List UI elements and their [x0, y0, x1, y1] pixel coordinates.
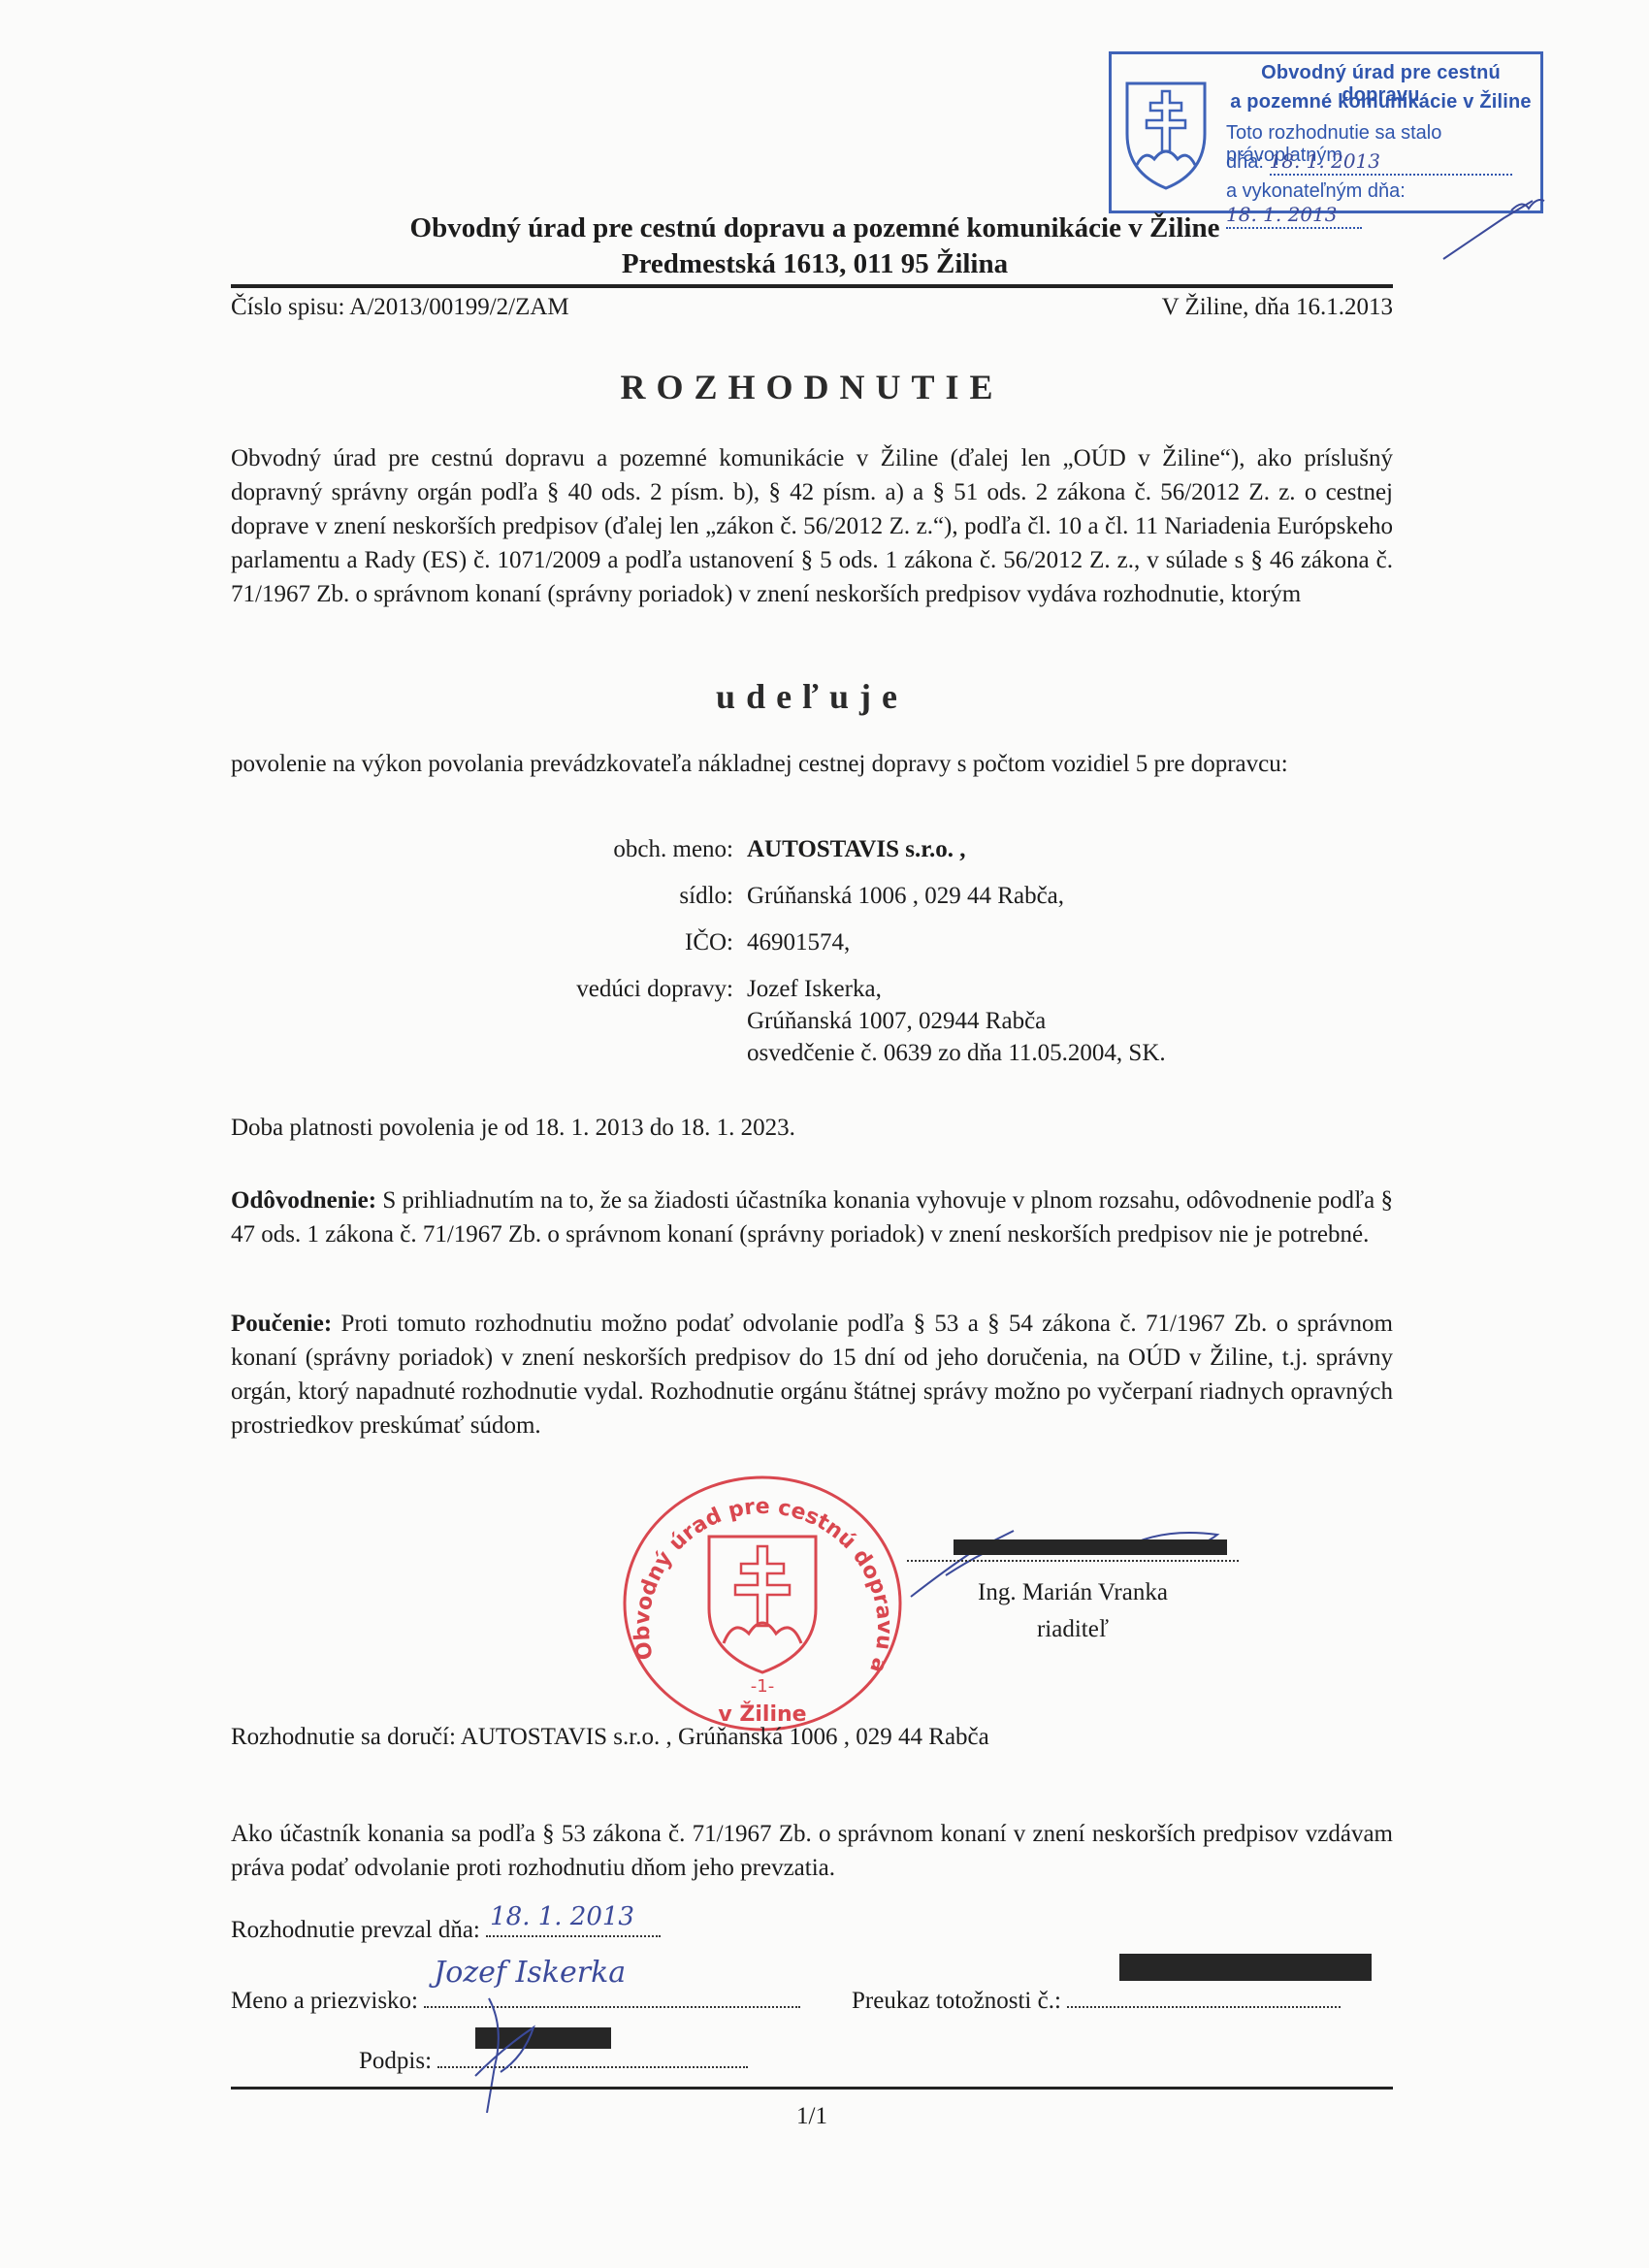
stamp-enforce-date-label: a vykonateľným dňa: — [1226, 180, 1406, 202]
document-page: Obvodný úrad pre cestnú dopravu a pozemn… — [0, 0, 1649, 2268]
field-value: Grúňanská 1007, 02944 Rabča — [747, 1008, 1046, 1035]
waiver-paragraph: Ako účastník konania sa podľa § 53 zákon… — [231, 1817, 1393, 1885]
recipient-signature-icon — [466, 1989, 563, 2115]
field-value: osvedčenie č. 0639 zo dňa 11.05.2004, SK… — [747, 1040, 1166, 1067]
field-seat: sídlo: Grúňanská 1006 , 029 44 Rabča, — [231, 883, 1393, 914]
field-label: vedúci dopravy: — [576, 976, 733, 1003]
stamp-legal-date-label: dňa: — [1226, 151, 1264, 173]
validity-paragraph: Doba platnosti povolenia je od 18. 1. 20… — [231, 1111, 1393, 1145]
grant-paragraph: povolenie na výkon povolania prevádzkova… — [231, 747, 1393, 781]
stamp-legal-date-value: 18. 1. 2013 — [1270, 149, 1381, 173]
official-round-stamp: Obvodný úrad pre cestnú dopravu a pozemn… — [617, 1473, 908, 1734]
field-transport-manager: vedúci dopravy: Jozef Iskerka, — [231, 976, 1393, 1007]
stamp-number: -1- — [751, 1676, 774, 1697]
redacted-id-number — [1119, 1954, 1372, 1981]
received-date-row: Rozhodnutie prevzal dňa: 18. 1. 2013 — [231, 1916, 661, 1944]
justification-label: Odôvodnenie: — [231, 1187, 376, 1214]
stamp-initials-scribble-icon — [1436, 179, 1552, 267]
field-manager-certificate: osvedčenie č. 0639 zo dňa 11.05.2004, SK… — [231, 1040, 1393, 1071]
signature-line — [907, 1560, 1239, 1562]
instruction-text: Proti tomuto rozhodnutiu možno podať odv… — [231, 1311, 1393, 1439]
received-date-label: Rozhodnutie prevzal dňa: — [231, 1917, 480, 1943]
field-label: IČO: — [685, 929, 733, 956]
field-value: Jozef Iskerka, — [747, 976, 882, 1003]
received-date-field[interactable]: 18. 1. 2013 — [486, 1916, 661, 1937]
footer-divider — [231, 2087, 1393, 2090]
intro-text: Obvodný úrad pre cestnú dopravu a pozemn… — [231, 441, 1393, 611]
field-manager-address: Grúňanská 1007, 02944 Rabča — [231, 1008, 1393, 1039]
signatory-role: riaditeľ — [907, 1616, 1239, 1643]
field-label: sídlo: — [679, 883, 733, 910]
slovak-coat-of-arms-icon — [1123, 76, 1209, 192]
field-value: 46901574, — [747, 929, 850, 956]
document-title: ROZHODNUTIE — [231, 367, 1393, 407]
field-value: Grúňanská 1006 , 029 44 Rabča, — [747, 883, 1064, 910]
header-divider — [231, 284, 1393, 288]
signature-label: Podpis: — [359, 2048, 432, 2074]
id-document-field[interactable] — [1067, 1987, 1341, 2008]
id-document-row: Preukaz totožnosti č.: — [852, 1987, 1341, 2015]
stamp-line-legal-date: dňa: 18. 1. 2013 — [1226, 149, 1512, 176]
authority-address: Predmestská 1613, 011 95 Žilina — [233, 248, 1397, 280]
page-number: 1/1 — [231, 2103, 1393, 2130]
recipient-name-value: Jozef Iskerka — [434, 1956, 626, 1990]
validity-text: Doba platnosti povolenia je od 18. 1. 20… — [231, 1111, 1393, 1145]
stamp-crest-icon — [709, 1537, 816, 1672]
instruction-label: Poučenie: — [231, 1311, 332, 1337]
stamp-legal-date-field: 18. 1. 2013 — [1270, 149, 1512, 176]
file-number: Číslo spisu: A/2013/00199/2/ZAM — [231, 294, 569, 321]
authority-name: Obvodný úrad pre cestnú dopravu a pozemn… — [233, 212, 1397, 244]
justification-text: S prihliadnutím na to, že sa žiadosti úč… — [231, 1187, 1393, 1247]
waiver-text: Ako účastník konania sa podľa § 53 zákon… — [231, 1817, 1393, 1885]
delivery-paragraph: Rozhodnutie sa doručí: AUTOSTAVIS s.r.o.… — [231, 1720, 1393, 1754]
decision-verb: udeľuje — [231, 676, 1393, 717]
place-and-date: V Žiline, dňa 16.1.2013 — [1162, 294, 1393, 321]
field-company-name: obch. meno: AUTOSTAVIS s.r.o. , — [231, 836, 1393, 867]
field-ico: IČO: 46901574, — [231, 929, 1393, 960]
delivery-text: Rozhodnutie sa doručí: AUTOSTAVIS s.r.o.… — [231, 1720, 1393, 1754]
recipient-name-label: Meno a priezvisko: — [231, 1988, 418, 2014]
intro-paragraph: Obvodný úrad pre cestnú dopravu a pozemn… — [231, 441, 1393, 611]
instruction-paragraph: Poučenie: Proti tomuto rozhodnutiu možno… — [231, 1307, 1393, 1442]
redacted-signature — [954, 1539, 1227, 1555]
grant-text: povolenie na výkon povolania prevádzkova… — [231, 747, 1393, 781]
received-date-value: 18. 1. 2013 — [490, 1902, 634, 1931]
field-value: AUTOSTAVIS s.r.o. , — [747, 836, 966, 863]
id-document-label: Preukaz totožnosti č.: — [852, 1988, 1061, 2014]
signatory-name: Ing. Marián Vranka — [907, 1579, 1239, 1606]
field-label: obch. meno: — [613, 836, 733, 863]
stamp-line-authority-2: a pozemné komunikácie v Žiline — [1228, 91, 1534, 113]
justification-paragraph: Odôvodnenie: S prihliadnutím na to, že s… — [231, 1183, 1393, 1251]
